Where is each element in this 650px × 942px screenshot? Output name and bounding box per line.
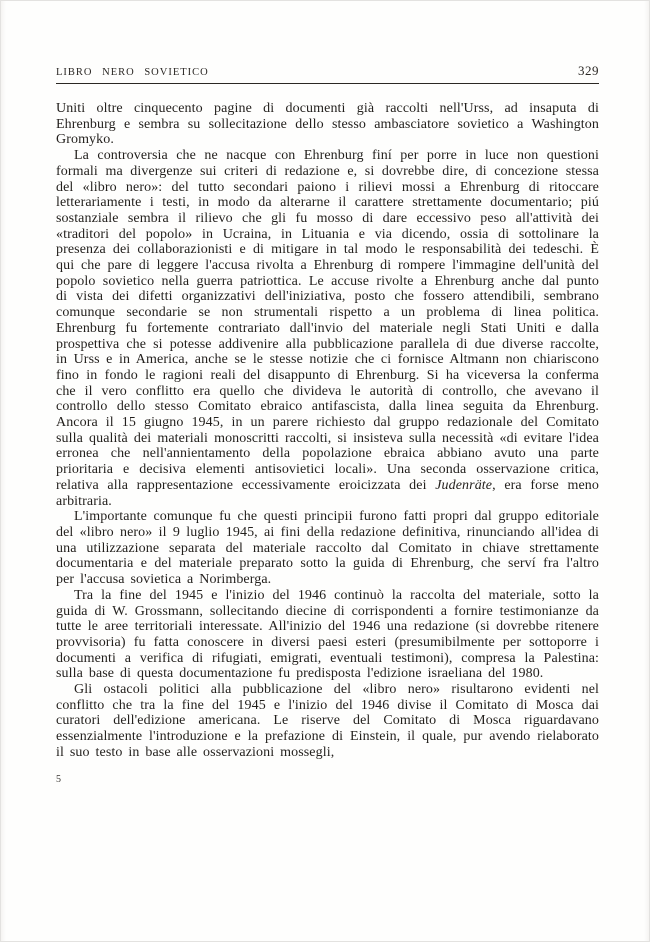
paragraph-2: La controversia che ne nacque con Ehrenb… <box>56 148 599 509</box>
paragraph-5: Gli ostacoli politici alla pubblicazione… <box>56 682 599 761</box>
paragraph-2-text: La controversia che ne nacque con Ehrenb… <box>56 148 599 493</box>
text-block: LIBRO NERO SOVIETICO 329 Uniti oltre cin… <box>56 63 599 785</box>
paragraph-1: Uniti oltre cinquecento pagine di docume… <box>56 101 599 148</box>
signature-mark: 5 <box>56 774 599 785</box>
book-page: LIBRO NERO SOVIETICO 329 Uniti oltre cin… <box>0 0 650 942</box>
paragraph-3: L'importante comunque fu che questi prin… <box>56 509 599 588</box>
body-text: Uniti oltre cinquecento pagine di docume… <box>56 101 599 761</box>
page-number: 329 <box>578 63 599 79</box>
running-title: LIBRO NERO SOVIETICO <box>56 67 209 78</box>
paragraph-4: Tra la fine del 1945 e l'inizio del 1946… <box>56 588 599 682</box>
running-header: LIBRO NERO SOVIETICO 329 <box>56 63 599 79</box>
header-rule <box>56 83 599 84</box>
italic-term-judenrate: Judenräte <box>435 478 492 493</box>
